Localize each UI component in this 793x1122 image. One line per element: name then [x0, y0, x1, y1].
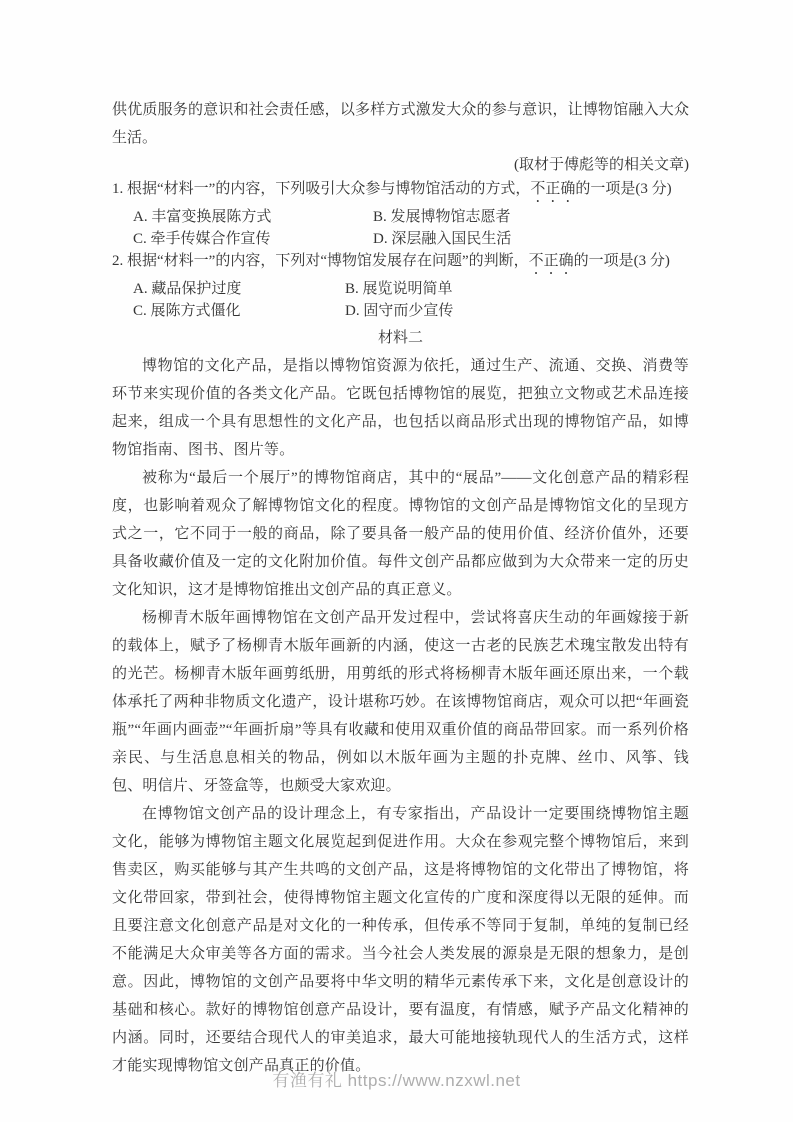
question-1-stem-suffix: 的一项是(3 分) [575, 181, 671, 197]
material-2-paragraph-1: 博物馆的文化产品，是指以博物馆资源为依托，通过生产、流通、交换、消费等环节来实现… [112, 352, 689, 464]
question-2-option-a: A. 藏品保护过度 [133, 278, 345, 300]
source-attribution: (取材于傅彪等的相关文章) [112, 152, 689, 178]
question-2-options-row-1: A. 藏品保护过度 B. 展览说明简单 [112, 278, 689, 300]
question-2-option-d: D. 固守而少宣传 [345, 300, 453, 322]
question-1-option-c: C. 牵手传媒合作宣传 [133, 228, 373, 250]
document-content: 供优质服务的意识和社会责任感，以多样方式激发大众的参与意识，让博物馆融入大众生活… [112, 96, 689, 1080]
material-2-paragraph-2: 被称为“最后一个展厅”的博物馆商店，其中的“展品”——文化创意产品的精彩程度，也… [112, 464, 689, 604]
question-1: 1. 根据“材料一”的内容，下列吸引大众参与博物馆活动的方式，不正确的一项是(3… [112, 178, 689, 250]
question-2-stem-emphasis: 不正确 [529, 253, 574, 269]
document-page: 供优质服务的意识和社会责任感，以多样方式激发大众的参与意识，让博物馆融入大众生活… [0, 0, 793, 1122]
question-1-stem: 1. 根据“材料一”的内容，下列吸引大众参与博物馆活动的方式，不正确的一项是(3… [112, 178, 689, 206]
question-1-options-row-2: C. 牵手传媒合作宣传 D. 深层融入国民生活 [112, 228, 689, 250]
question-1-stem-emphasis: 不正确 [530, 181, 575, 197]
question-1-stem-prefix: 1. 根据“材料一”的内容，下列吸引大众参与博物馆活动的方式， [112, 181, 530, 197]
question-2-stem-prefix: 2. 根据“材料一”的内容，下列对“博物馆发展存在问题”的判断， [112, 253, 529, 269]
site-watermark: 有渔有礼 https://www.nzxwl.net [0, 1066, 793, 1091]
intro-continuation-line: 供优质服务的意识和社会责任感，以多样方式激发大众的参与意识，让博物馆融入大众生活… [112, 96, 689, 152]
question-2-options-row-2: C. 展陈方式僵化 D. 固守而少宣传 [112, 300, 689, 322]
question-1-option-b: B. 发展博物馆志愿者 [373, 206, 511, 228]
question-2: 2. 根据“材料一”的内容，下列对“博物馆发展存在问题”的判断，不正确的一项是(… [112, 250, 689, 322]
material-2-paragraph-3: 杨柳青木版年画博物馆在文创产品开发过程中，尝试将喜庆生动的年画嫁接于新的载体上，… [112, 604, 689, 800]
question-1-option-d: D. 深层融入国民生活 [373, 228, 511, 250]
question-1-options-row-1: A. 丰富变换展陈方式 B. 发展博物馆志愿者 [112, 206, 689, 228]
question-2-stem: 2. 根据“材料一”的内容，下列对“博物馆发展存在问题”的判断，不正确的一项是(… [112, 250, 689, 278]
question-2-stem-suffix: 的一项是(3 分) [574, 253, 670, 269]
material-2-heading: 材料二 [112, 324, 689, 352]
question-2-option-c: C. 展陈方式僵化 [133, 300, 345, 322]
question-2-option-b: B. 展览说明简单 [345, 278, 453, 300]
question-1-option-a: A. 丰富变换展陈方式 [133, 206, 373, 228]
material-2-paragraph-4: 在博物馆文创产品的设计理念上，有专家指出，产品设计一定要围绕博物馆主题文化，能够… [112, 800, 689, 1080]
